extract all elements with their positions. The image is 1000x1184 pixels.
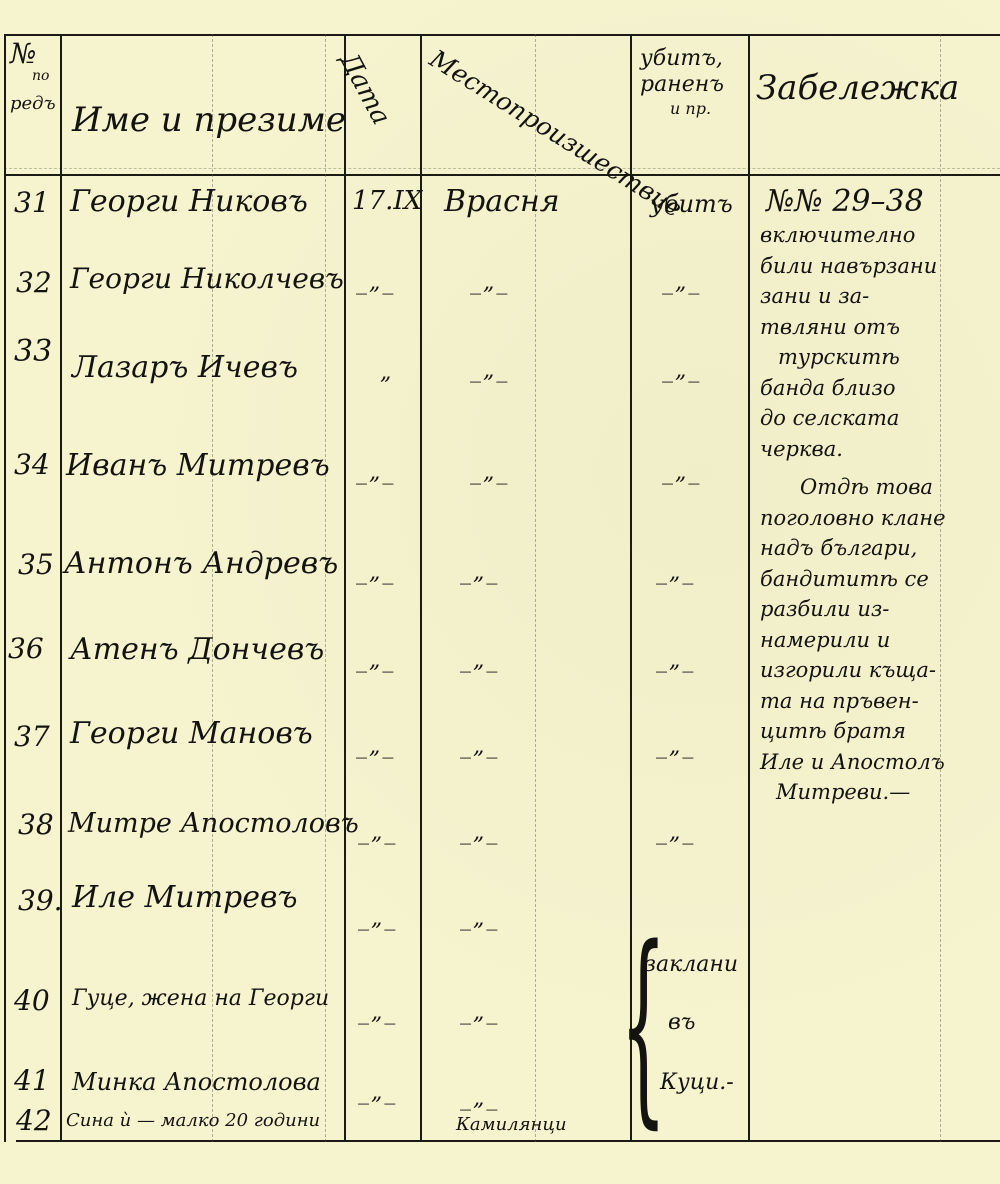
row-date-ditto: _„_: [356, 648, 395, 673]
remarks-text: №№ 29–38 включително били навързани зани…: [760, 184, 996, 808]
row-number: 35: [18, 548, 54, 581]
row-date-ditto: _„_: [358, 1080, 397, 1105]
remarks-line: черква.: [760, 434, 996, 465]
row-name: Гуце, жена на Георги: [72, 986, 329, 1011]
remarks-line: разбили из-: [760, 594, 996, 625]
row-number: 33: [14, 334, 52, 369]
row-status-ditto: _„_: [656, 820, 695, 845]
row-name: Митре Апостоловъ: [68, 808, 359, 839]
row-status-ditto: _„_: [662, 270, 701, 295]
row-name: Минка Апостолова: [72, 1068, 321, 1096]
remarks-line: банда близо: [760, 373, 996, 404]
table-bottom-border: [16, 1140, 1000, 1142]
remarks-line: Отдѣ това: [760, 472, 996, 503]
row-number: 39.: [18, 884, 63, 917]
row-number: 32: [16, 266, 52, 299]
row-name: Георги Мановъ: [70, 716, 313, 751]
bracket-note-line: въ: [668, 1010, 695, 1035]
row-status-ditto: _„_: [662, 358, 701, 383]
row-number: 41: [14, 1064, 50, 1097]
row-place-ditto: _„_: [460, 560, 499, 585]
row-date-ditto: „: [380, 360, 393, 385]
row-number: 40: [14, 984, 50, 1017]
col-divider-status-remarks: [748, 34, 750, 1142]
register-page: № по редъ Име и презиме Дата Местопроизш…: [0, 0, 1000, 1184]
row-date-ditto: _„_: [358, 820, 397, 845]
remarks-line: Митреви.—: [760, 777, 996, 808]
row-date-ditto: _„_: [356, 460, 395, 485]
left-border: [4, 34, 6, 1142]
row-status-ditto: _„_: [656, 648, 695, 673]
row-number: 38: [18, 808, 54, 841]
row-date-ditto: _„_: [356, 560, 395, 585]
remarks-line: били навързани: [760, 251, 996, 282]
row-name: Сина ѝ — малко 20 години: [66, 1110, 320, 1131]
remarks-line: зани и за-: [760, 281, 996, 312]
row-name: Иле Митревъ: [72, 880, 297, 915]
row-number: 34: [14, 448, 50, 481]
header-name: Име и презиме: [72, 100, 346, 140]
header-number: № по редъ: [10, 40, 58, 124]
row-name: Георги Никовъ: [70, 184, 308, 219]
remarks-line: изгорили къща-: [760, 655, 996, 686]
row-name: Атенъ Дончевъ: [70, 632, 324, 667]
remarks-line: цитѣ братя: [760, 716, 996, 747]
row-number: 36: [8, 632, 44, 665]
row-name: Георги Николчевъ: [70, 262, 344, 295]
row-date-ditto: _„_: [358, 1000, 397, 1025]
remarks-line: включително: [760, 220, 996, 251]
row-name: Иванъ Митревъ: [66, 448, 330, 483]
row-place-ditto: _„_: [470, 460, 509, 485]
row-status-ditto: _„_: [662, 460, 701, 485]
row-place-ditto: _„_: [470, 270, 509, 295]
header-faint-rule: [4, 168, 1000, 169]
row-place-ditto: _„_: [460, 820, 499, 845]
col-divider-no-name: [60, 34, 62, 1142]
header-status: убитъ, раненъ и пр.: [640, 46, 746, 120]
remarks-line: турскитѣ: [760, 342, 996, 373]
bracket-note-line: Куци.-: [660, 1070, 734, 1095]
table-top-border: [4, 34, 1000, 36]
remarks-line: та на пръвен-: [760, 686, 996, 717]
row-place-ditto: _„_: [460, 906, 499, 931]
remarks-line: до селската: [760, 403, 996, 434]
row-place-ditto: _„_: [460, 1086, 499, 1111]
row-place-ditto: _„_: [460, 734, 499, 759]
row-place: Врасня: [444, 184, 560, 219]
row-place-ditto: _„_: [470, 358, 509, 383]
name-subcolumn-guide: [325, 34, 326, 1142]
row-date-ditto: _„_: [356, 734, 395, 759]
row-status: убитъ: [650, 190, 733, 218]
remarks-line: №№ 29–38: [760, 184, 996, 220]
remarks-line: надъ българи,: [760, 533, 996, 564]
row-date-ditto: _„_: [356, 270, 395, 295]
row-number: 37: [14, 720, 50, 753]
row-status-ditto: _„_: [656, 734, 695, 759]
remarks-line: твляни отъ: [760, 312, 996, 343]
row-place-ditto: _„_: [460, 648, 499, 673]
row-name: Антонъ Андревъ: [64, 546, 338, 581]
row-place: Камилянци: [456, 1114, 567, 1135]
remarks-line: поголовно клане: [760, 503, 996, 534]
row-name: Лазаръ Ичевъ: [72, 350, 298, 385]
row-number: 31: [14, 186, 50, 219]
remarks-line: Иле и Апостолъ: [760, 747, 996, 778]
row-status-ditto: _„_: [656, 560, 695, 585]
row-date-ditto: _„_: [358, 906, 397, 931]
header-bottom-border: [4, 174, 1000, 176]
header-remarks: Забележка: [756, 68, 959, 108]
remarks-line: намерили и: [760, 625, 996, 656]
col-divider-name-date: [344, 34, 346, 1142]
row-date: 17.IX: [352, 186, 422, 216]
row-number: 42: [16, 1104, 52, 1137]
bracket-note-line: заклани: [644, 952, 738, 977]
remarks-line: бандититѣ се: [760, 564, 996, 595]
row-place-ditto: _„_: [460, 1000, 499, 1025]
